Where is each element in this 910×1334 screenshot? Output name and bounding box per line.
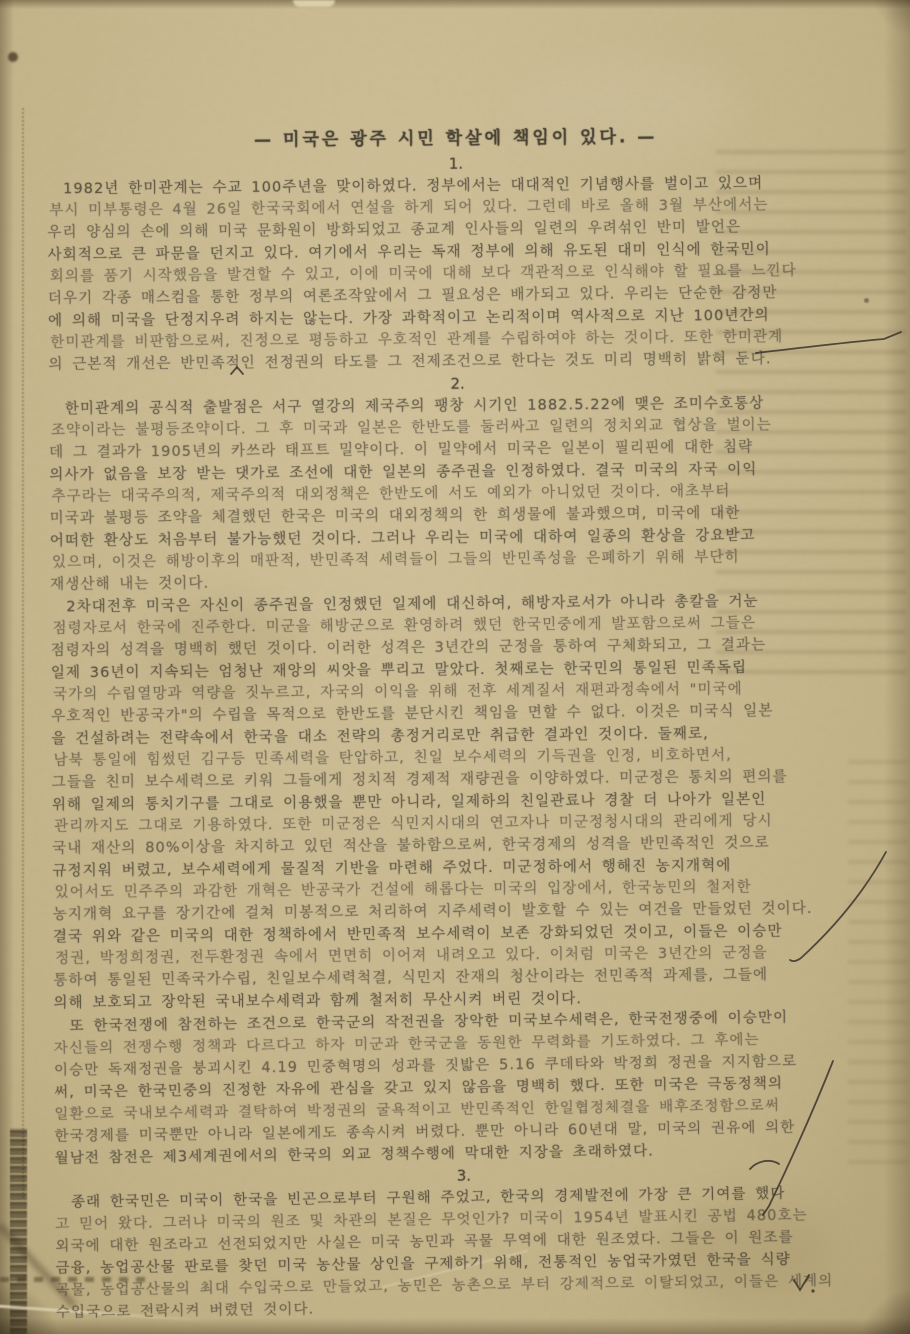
paragraph: 2차대전후 미국은 자신이 종주권을 인정했던 일제에 대신하여, 해방자로서가… xyxy=(50,589,871,1013)
paragraph: 또 한국전쟁에 참전하는 조건으로 한국군의 작전권을 장악한 미국보수세력은,… xyxy=(54,1007,873,1167)
paragraph: 한미관계의 공식적 출발점은 서구 열강의 제국주의 팽창 시기인 1882.5… xyxy=(49,392,869,596)
paragraph: 1982년 한미관계는 수교 100주년을 맞이하였다. 정부에서는 대대적인 … xyxy=(47,172,867,376)
binding-smudge xyxy=(10,1128,27,1334)
paragraph: 종래 한국민은 미국이 한국을 빈곤으로부터 구원해 주었고, 한국의 경제발전… xyxy=(55,1183,874,1321)
scanned-document-page: — 미국은 광주 시민 학살에 책임이 있다. — 1. 1982년 한미관계는… xyxy=(0,0,910,1334)
perforation-dotted-line xyxy=(22,108,24,1198)
paper-stain xyxy=(8,52,18,62)
document-text: — 미국은 광주 시민 학살에 책임이 있다. — 1. 1982년 한미관계는… xyxy=(47,122,874,1322)
torn-edge-notch xyxy=(293,0,335,7)
